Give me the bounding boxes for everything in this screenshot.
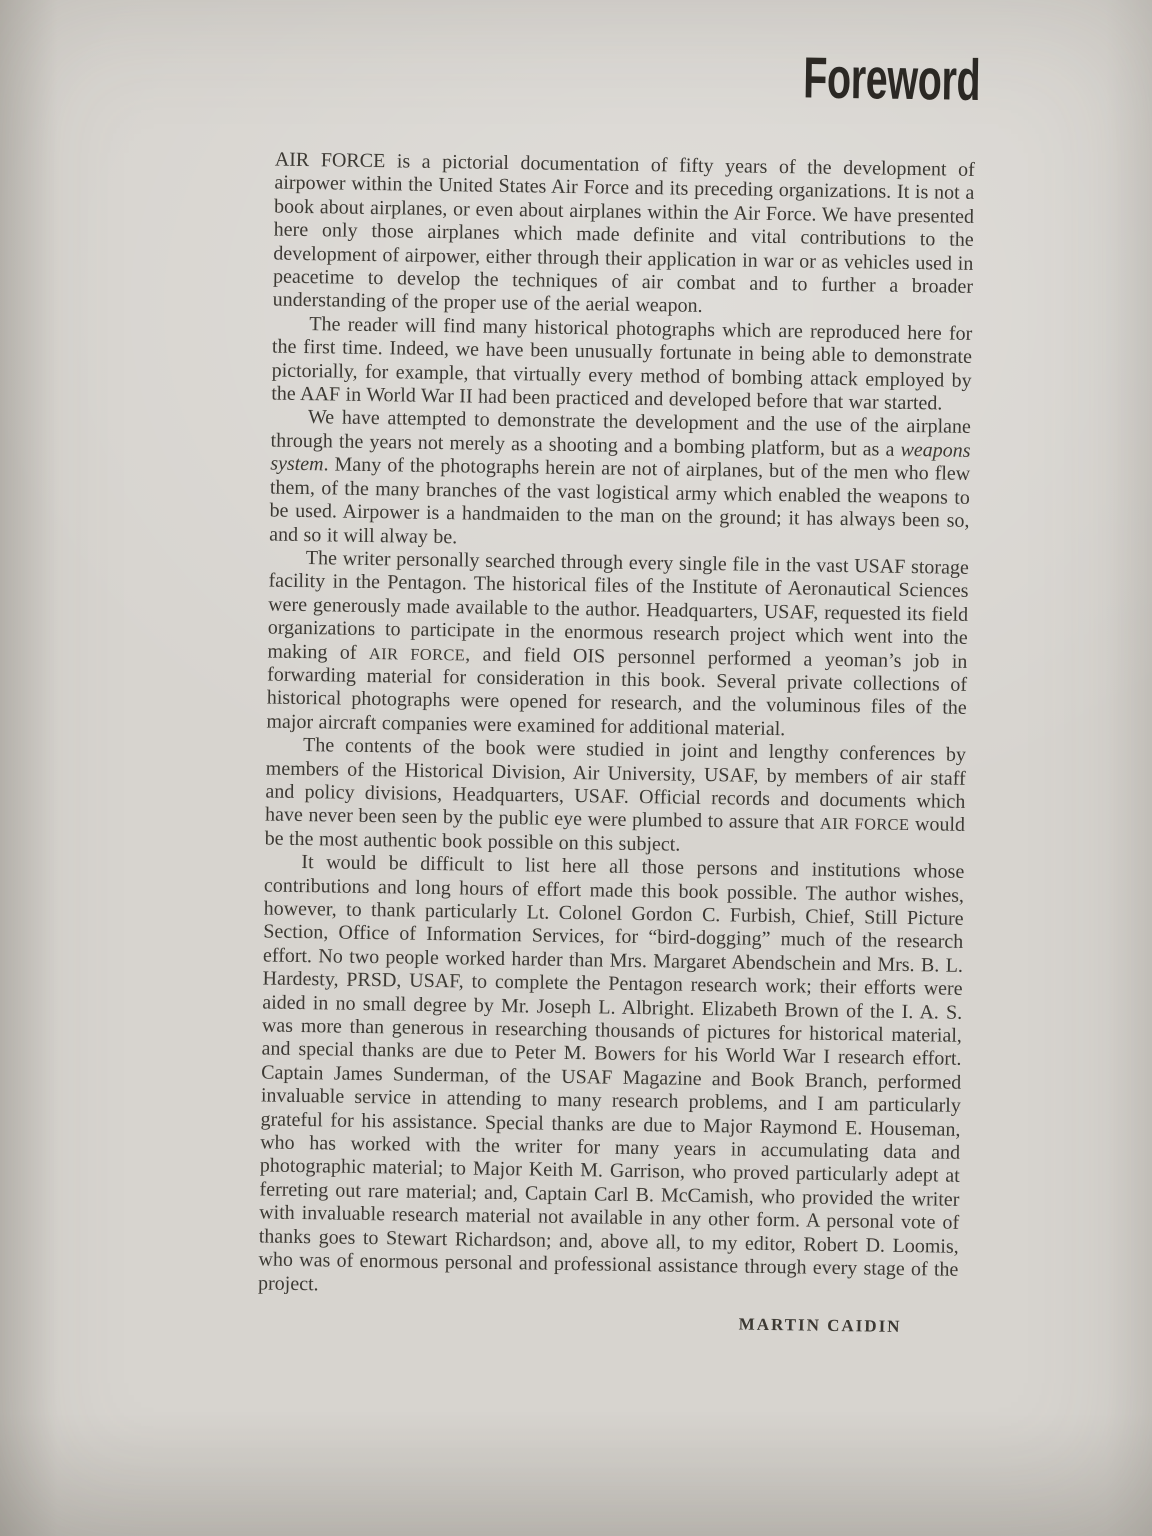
- signature-row: MARTIN CAIDIN: [257, 1307, 957, 1337]
- text-segment-normal: We have attempted to demonstrate the dev…: [270, 407, 971, 461]
- book-page: Foreword AIR FORCE is a pictorial docume…: [0, 0, 1152, 1340]
- foreword-paragraph: The writer personally searched through e…: [266, 546, 969, 744]
- author-signature: MARTIN CAIDIN: [739, 1314, 902, 1336]
- text-segment-smallcaps: AIR FORCE: [369, 644, 465, 664]
- text-segment-normal: It would be difficult to list here all t…: [258, 851, 964, 1295]
- foreword-paragraph: The reader will find many historical pho…: [271, 312, 972, 416]
- foreword-paragraph: AIR FORCE is a pictorial documentation o…: [273, 149, 975, 323]
- foreword-body: AIR FORCE is a pictorial documentation o…: [258, 149, 975, 1306]
- book-page-photo: Foreword AIR FORCE is a pictorial docume…: [0, 0, 1152, 1536]
- text-segment-normal: AIR FORCE is a pictorial documentation o…: [273, 149, 975, 318]
- text-segment-smallcaps: AIR FORCE: [820, 814, 910, 834]
- text-segment-normal: The reader will find many historical pho…: [271, 313, 972, 415]
- text-segment-normal: . Many of the photographs herein are not…: [269, 454, 970, 548]
- page-title-row: Foreword: [273, 42, 980, 125]
- foreword-paragraph: We have attempted to demonstrate the dev…: [269, 406, 971, 557]
- page-title: Foreword: [803, 49, 981, 110]
- foreword-paragraph: It would be difficult to list here all t…: [258, 851, 965, 1306]
- foreword-paragraph: The contents of the book were studied in…: [265, 734, 967, 861]
